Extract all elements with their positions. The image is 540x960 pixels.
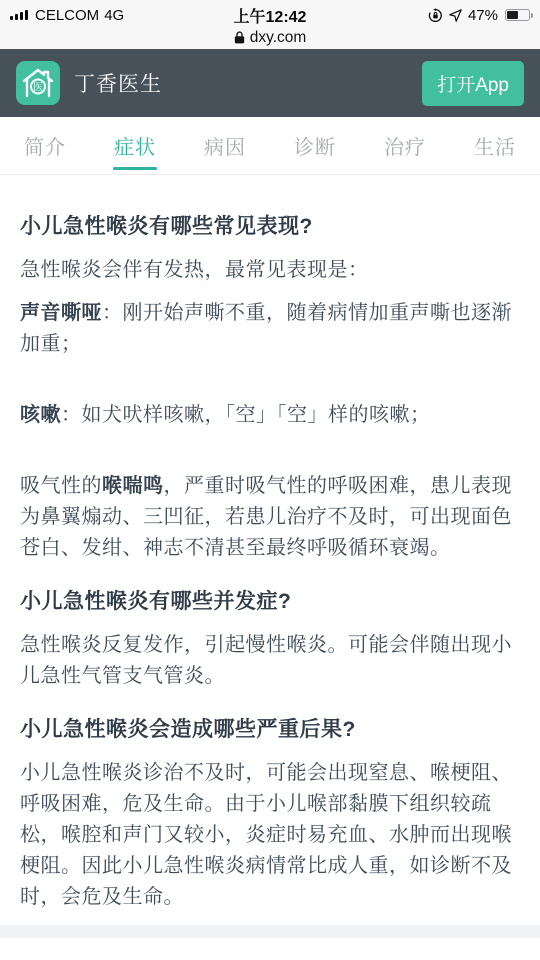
section-heading-symptoms: 小儿急性喉炎有哪些常见表现? [20, 213, 520, 241]
tab-life[interactable]: 生活 [474, 117, 516, 174]
section-heading-complications: 小儿急性喉炎有哪些并发症? [20, 588, 520, 616]
tab-symptoms[interactable]: 症状 [114, 117, 156, 174]
section-heading-consequences: 小儿急性喉炎会造成哪些严重后果? [20, 716, 520, 744]
text-segment: 急性喉炎会伴有发热，最常见表现是： [20, 259, 369, 281]
paragraph: 急性喉炎反复发作，引起慢性喉炎。可能会伴随出现小儿急性气管支气管炎。 [20, 630, 520, 692]
carrier-label: CELCOM [35, 7, 99, 24]
tab-treatment[interactable]: 治疗 [384, 117, 426, 174]
signal-strength-icon [10, 10, 28, 20]
clock-label: 上午12:42 [234, 4, 307, 27]
phone-screen: CELCOM 4G 上午12:42 47% dxy.com [0, 0, 540, 960]
status-left-cluster: CELCOM 4G [10, 7, 124, 24]
battery-percent-label: 47% [468, 7, 498, 24]
app-title: 丁香医生 [74, 68, 422, 98]
paragraph: 小儿急性喉炎诊治不及时，可能会出现窒息、喉梗阻、呼吸困难，危及生命。由于小儿喉部… [20, 758, 520, 913]
location-arrow-icon [449, 9, 462, 22]
bold-term: 咳嗽 [20, 404, 61, 426]
tab-diagnosis[interactable]: 诊断 [294, 117, 336, 174]
text-segment: 急性喉炎反复发作，引起慢性喉炎。可能会伴随出现小儿急性气管支气管炎。 [20, 634, 512, 687]
status-bar: CELCOM 4G 上午12:42 47% dxy.com [0, 0, 540, 49]
paragraph: 急性喉炎会伴有发热，最常见表现是： [20, 255, 520, 286]
status-right-cluster: 47% [428, 7, 530, 24]
paragraph: 声音嘶哑：刚开始声嘶不重，随着病情加重声嘶也逐渐加重； [20, 298, 520, 360]
app-header: 医 丁香医生 打开App [0, 49, 540, 117]
ssl-lock-icon [234, 31, 245, 44]
paragraph: 吸气性的喉喘鸣，严重时吸气性的呼吸困难，患儿表现为鼻翼煽动、三凹征，若患儿治疗不… [20, 471, 520, 564]
battery-icon [505, 9, 530, 21]
dxy-house-medical-icon: 医 [16, 61, 60, 105]
logo-glyph: 医 [33, 82, 43, 94]
tab-intro[interactable]: 简介 [24, 117, 66, 174]
open-app-button[interactable]: 打开App [422, 61, 524, 106]
article-content: 小儿急性喉炎有哪些常见表现? 急性喉炎会伴有发热，最常见表现是： 声音嘶哑：刚开… [0, 175, 540, 913]
bold-term: 喉喘鸣 [102, 475, 164, 497]
text-segment: 小儿急性喉炎诊治不及时，可能会出现窒息、喉梗阻、呼吸困难，危及生命。由于小儿喉部… [20, 762, 512, 908]
text-segment: ：如犬吠样咳嗽，「空」「空」样的咳嗽； [61, 404, 431, 426]
bold-term: 声音嘶哑 [20, 302, 102, 324]
status-bar-top-row: CELCOM 4G 上午12:42 47% [0, 4, 540, 26]
section-divider [0, 925, 540, 938]
text-segment: 吸气性的 [20, 475, 102, 497]
url-text: dxy.com [250, 29, 307, 47]
paragraph: 咳嗽：如犬吠样咳嗽，「空」「空」样的咳嗽； [20, 400, 520, 431]
tab-causes[interactable]: 病因 [204, 117, 246, 174]
orientation-lock-icon [428, 8, 443, 23]
url-bar[interactable]: dxy.com [0, 26, 540, 49]
tab-bar: 简介 症状 病因 诊断 治疗 生活 [0, 117, 540, 175]
network-type-label: 4G [104, 7, 124, 24]
